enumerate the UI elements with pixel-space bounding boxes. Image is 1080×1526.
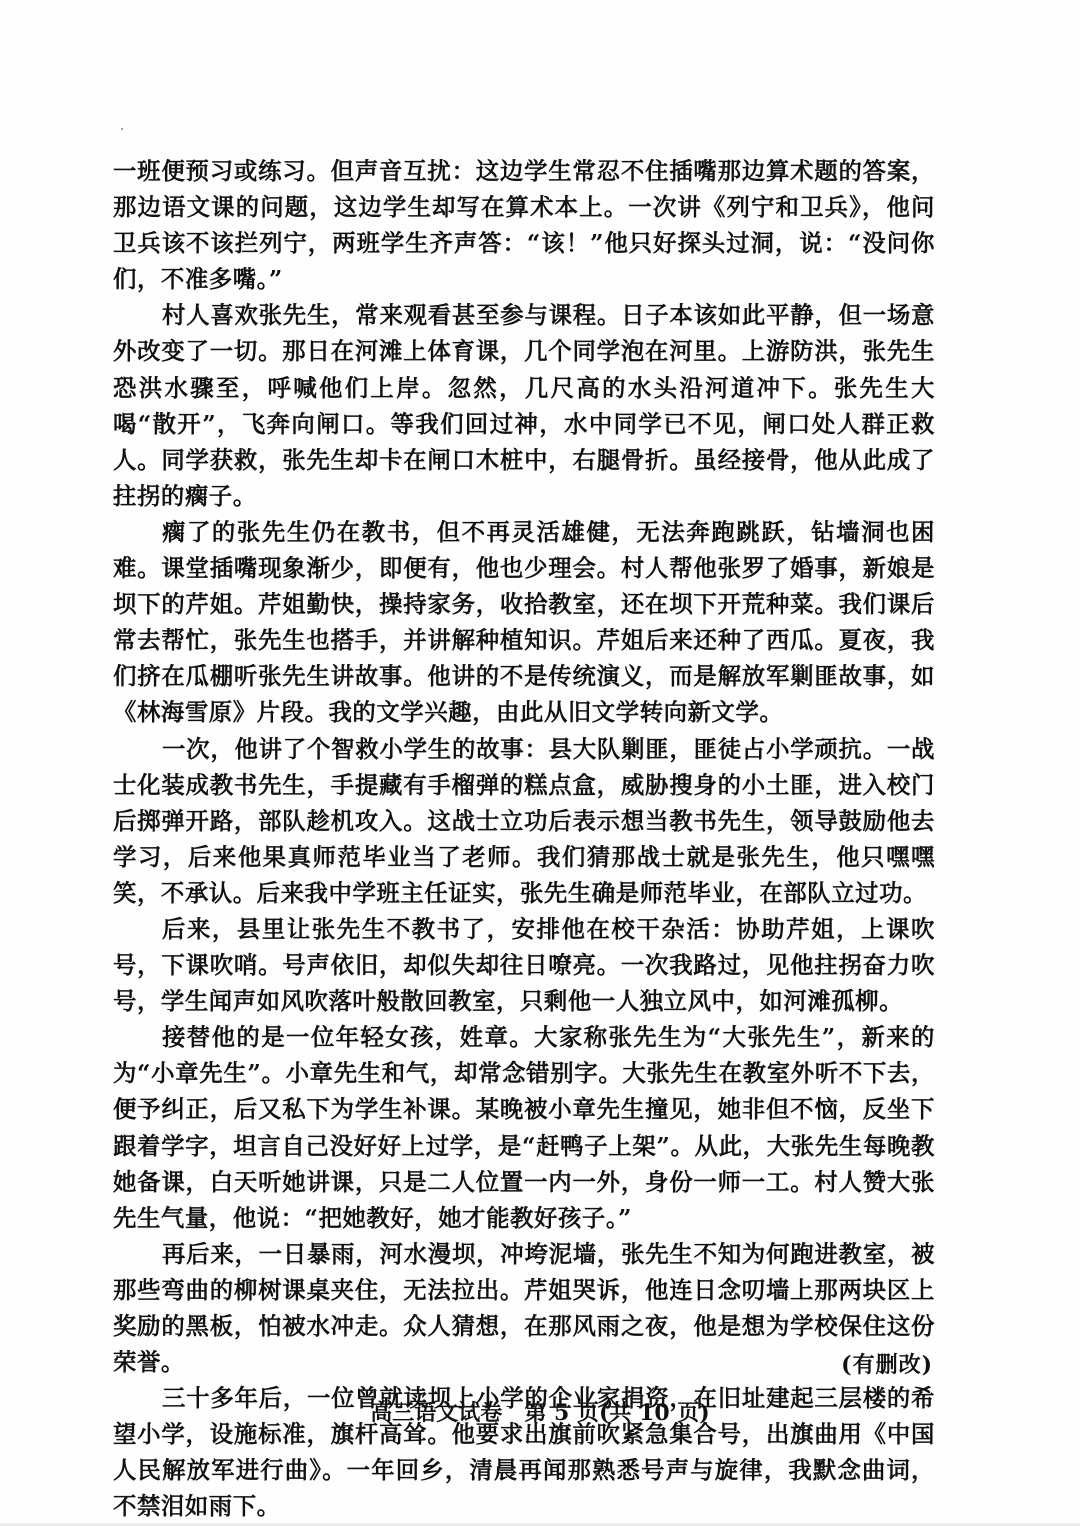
- paragraph: 瘸了的张先生仍在教书，但不再灵活雄健，无法奔跑跳跃，钻墙洞也困难。课堂插嘴现象渐…: [113, 514, 935, 731]
- exam-page: 一班便预习或练习。但声音互扰：这边学生常忍不住插嘴那边算术题的答案，那边语文课的…: [0, 0, 1080, 1526]
- paragraph: 后来，县里让张先生不教书了，安排他在校干杂活：协助芹姐，上课吹号，下课吹哨。号声…: [113, 911, 935, 1019]
- scan-dot-mark: [121, 128, 123, 130]
- source-note: (有删改): [841, 1348, 933, 1379]
- paragraph: 接替他的是一位年轻女孩，姓章。大家称张先生为“大张先生”，新来的为“小章先生”。…: [113, 1019, 935, 1236]
- passage-body: 一班便预习或练习。但声音互扰：这边学生常忍不住插嘴那边算术题的答案，那边语文课的…: [113, 153, 935, 1525]
- exam-title: 高三语文试卷: [370, 1396, 502, 1427]
- paragraph: 一班便预习或练习。但声音互扰：这边学生常忍不住插嘴那边算术题的答案，那边语文课的…: [113, 153, 935, 297]
- paragraph: 一次，他讲了个智救小学生的故事：县大队剿匪，匪徒占小学顽抗。一战士化装成教书先生…: [113, 731, 935, 911]
- paragraph: 再后来，一日暴雨，河水漫坝，冲垮泥墙，张先生不知为何跑进教室，被那些弯曲的柳树课…: [113, 1236, 935, 1380]
- page-footer: 高三语文试卷第 5 页(共 10 页): [0, 1396, 1080, 1427]
- page-number: 第 5 页(共 10 页): [524, 1396, 709, 1427]
- paragraph: 村人喜欢张先生，常来观看甚至参与课程。日子本该如此平静，但一场意外改变了一切。那…: [113, 297, 935, 514]
